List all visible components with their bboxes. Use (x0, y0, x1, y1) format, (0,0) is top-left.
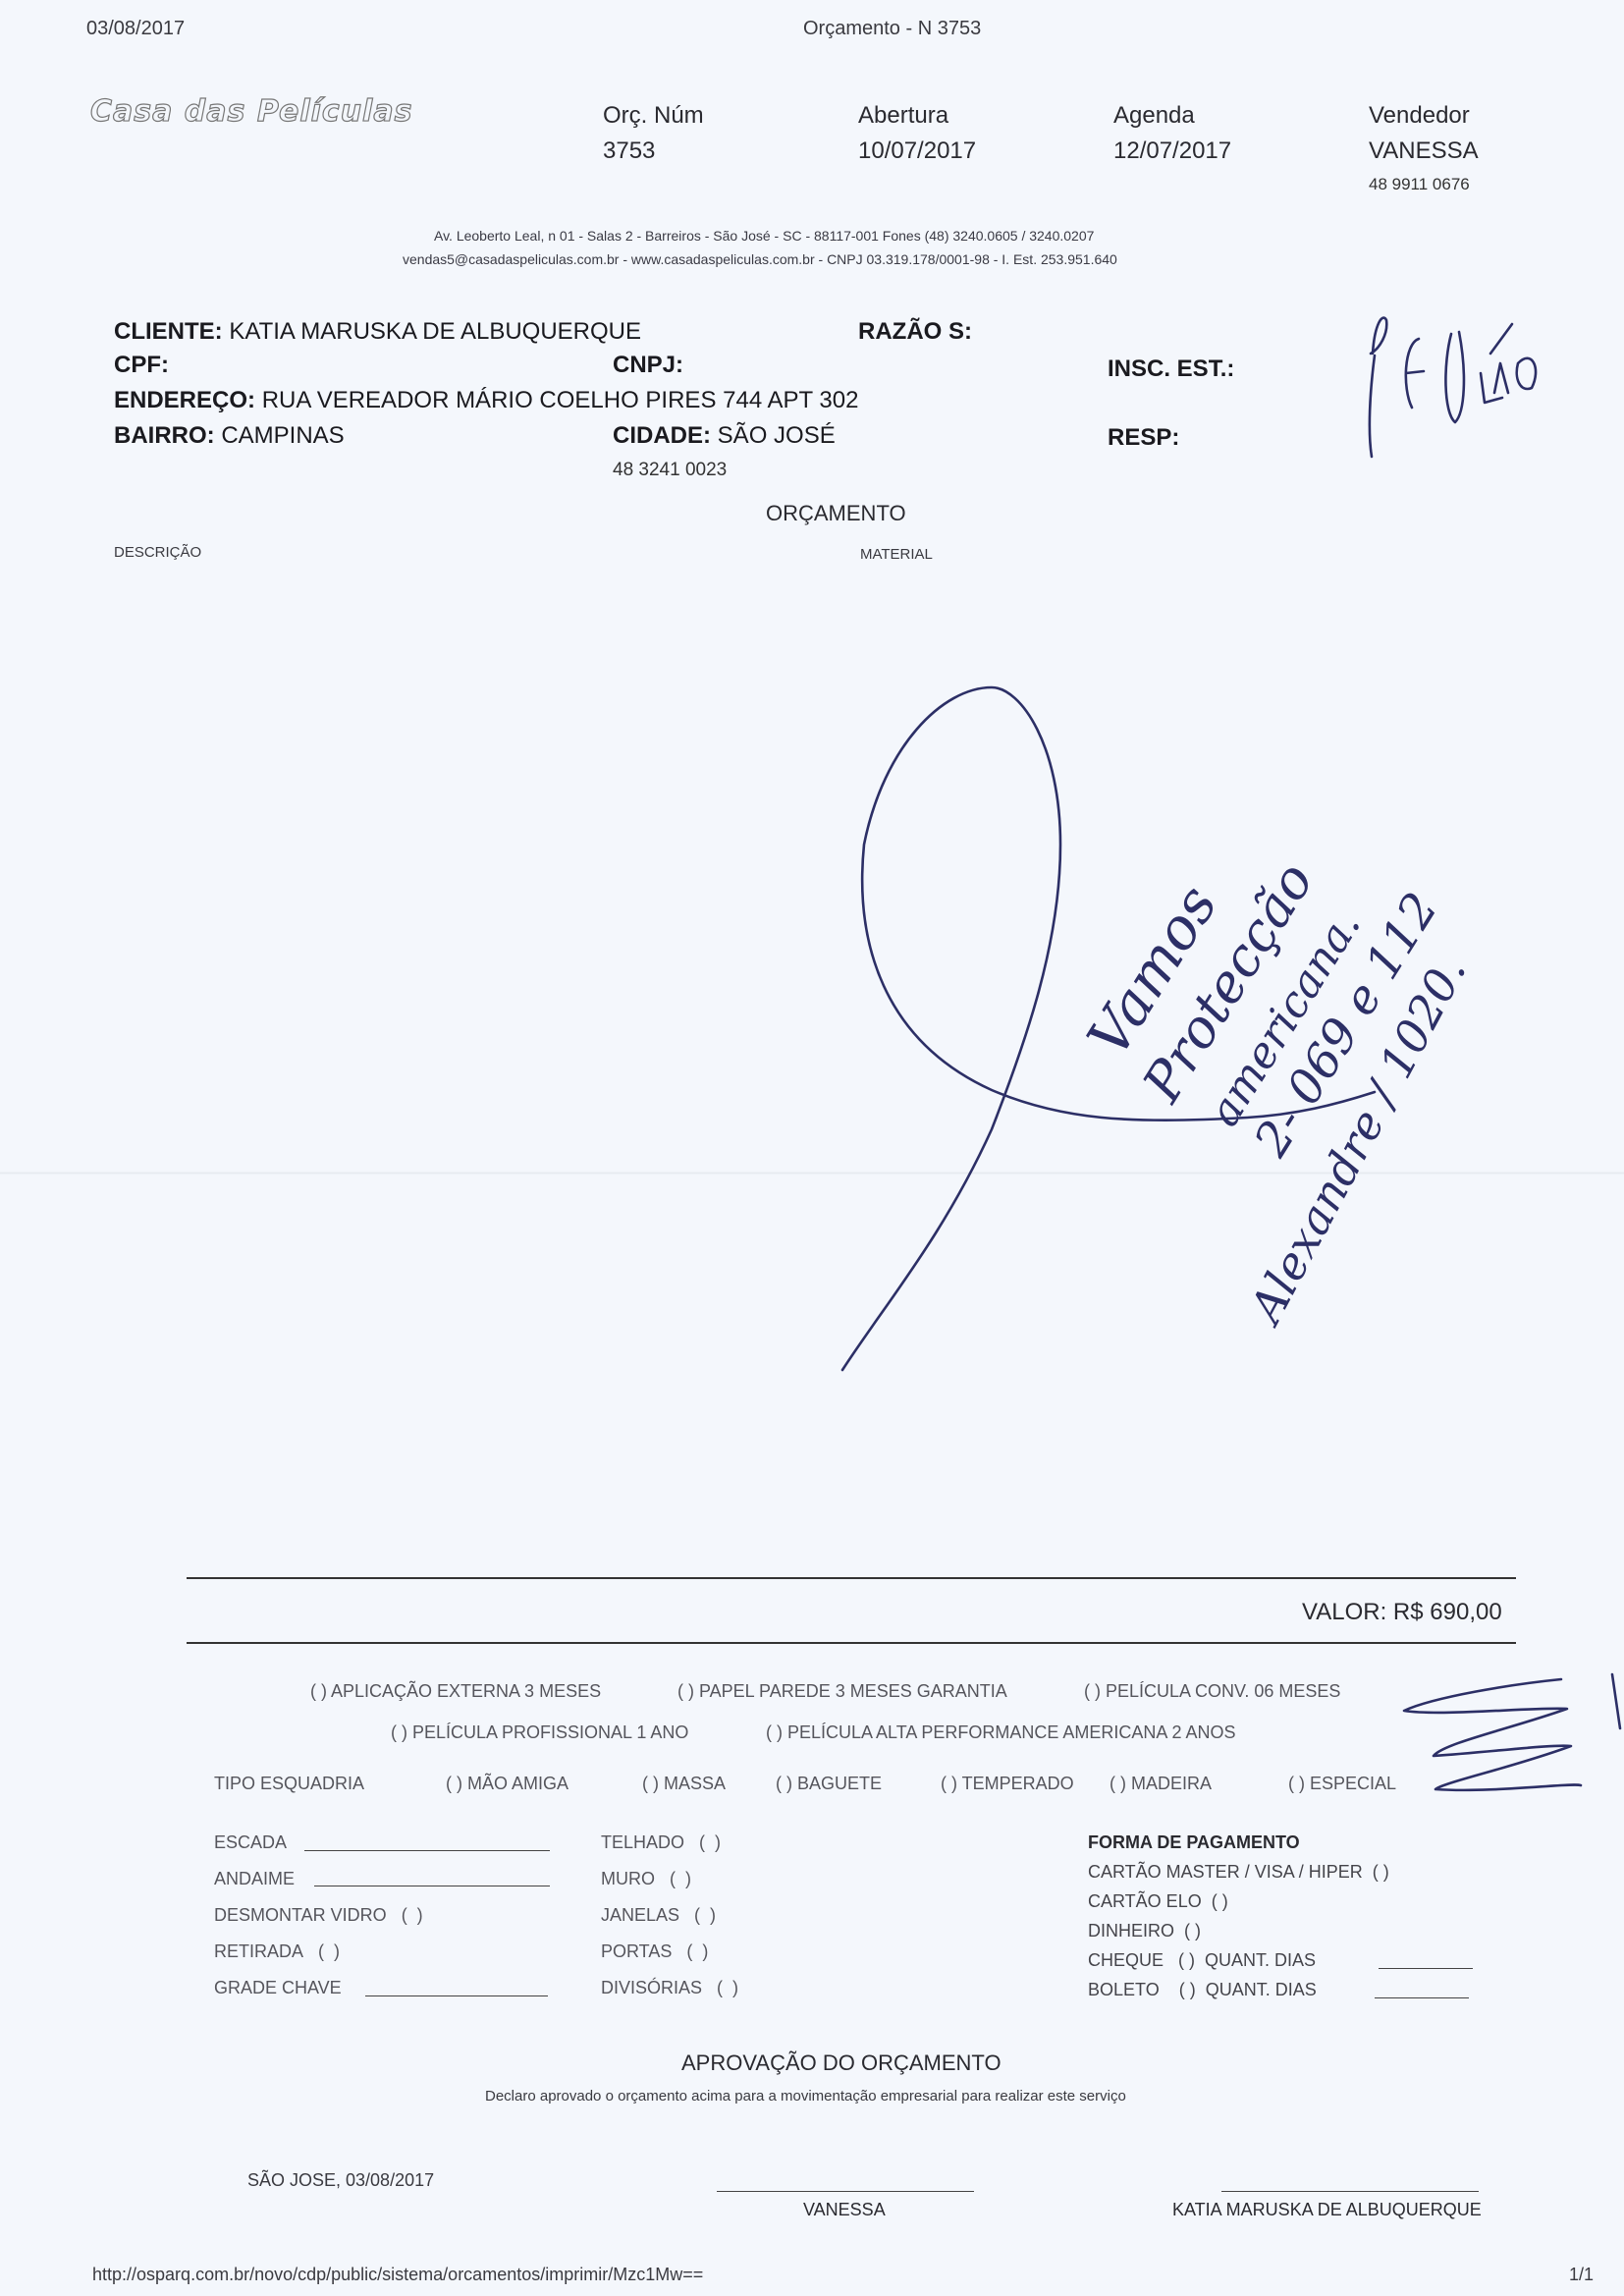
esquadria-label: TIPO ESQUADRIA (214, 1774, 364, 1794)
esquadria-madeira[interactable]: ( ) MADEIRA (1110, 1774, 1212, 1794)
cpf-label: CPF: (114, 352, 169, 379)
approval-place-date: SÃO JOSE, 03/08/2017 (247, 2170, 434, 2191)
svg-text:Alexandre / 1020.: Alexandre / 1020. (1237, 948, 1477, 1335)
esquadria-massa[interactable]: ( ) MASSA (642, 1774, 726, 1794)
company-contact: vendas5@casadaspeliculas.com.br - www.ca… (403, 251, 1117, 267)
total-value: R$ 690,00 (1393, 1599, 1502, 1625)
field-label-vendedor: Vendedor (1369, 102, 1470, 130)
payment-cheque[interactable]: CHEQUE ( ) QUANT. DIAS (1088, 1950, 1316, 1971)
footer-url[interactable]: http://osparq.com.br/novo/cdp/public/sis… (92, 2265, 703, 2285)
total-row: VALOR: R$ 690,00 (1302, 1599, 1502, 1626)
payment-cartao-master[interactable]: CARTÃO MASTER / VISA / HIPER ( ) (1088, 1862, 1389, 1883)
field-label-abertura: Abertura (858, 102, 948, 130)
divider-bottom (187, 1642, 1516, 1644)
extra-retirada[interactable]: RETIRADA ( ) (214, 1941, 340, 1962)
approval-title: APROVAÇÃO DO ORÇAMENTO (681, 2050, 1001, 2076)
option-pelicula-alta-performance[interactable]: ( ) PELÍCULA ALTA PERFORMANCE AMERICANA … (766, 1722, 1235, 1743)
revisao-handwriting (1370, 318, 1536, 457)
payment-cartao-elo[interactable]: CARTÃO ELO ( ) (1088, 1891, 1228, 1912)
endereco-row: ENDEREÇO: RUA VEREADOR MÁRIO COELHO PIRE… (114, 387, 858, 414)
option-papel-parede[interactable]: ( ) PAPEL PAREDE 3 MESES GARANTIA (677, 1681, 1007, 1702)
boleto-days-line[interactable] (1375, 1997, 1469, 1998)
svg-text:americana.: americana. (1199, 902, 1371, 1135)
cidade-value: SÃO JOSÉ (718, 422, 836, 449)
vendedor-phone: 48 9911 0676 (1369, 175, 1470, 194)
field-label-agenda: Agenda (1113, 102, 1195, 130)
divider-top (187, 1577, 1516, 1579)
col-material: MATERIAL (860, 546, 933, 563)
client-phone: 48 3241 0023 (613, 460, 727, 481)
client-signature-line[interactable] (1221, 2191, 1479, 2192)
seller-name: VANESSA (803, 2200, 886, 2220)
cidade-row: CIDADE: SÃO JOSÉ (613, 422, 836, 450)
esquadria-especial[interactable]: ( ) ESPECIAL (1288, 1774, 1396, 1794)
esquadria-mao-amiga[interactable]: ( ) MÃO AMIGA (446, 1774, 568, 1794)
option-pelicula-profissional[interactable]: ( ) PELÍCULA PROFISSIONAL 1 ANO (391, 1722, 688, 1743)
svg-text:2- 069 e 112: 2- 069 e 112 (1243, 883, 1448, 1166)
grade-chave-line[interactable] (365, 1995, 548, 1996)
cliente-label: CLIENTE: (114, 318, 223, 345)
seller-signature-line[interactable] (717, 2191, 974, 2192)
svg-text:Protecção: Protecção (1130, 851, 1326, 1113)
svg-text:Vamos: Vamos (1074, 874, 1230, 1068)
page-number: 1/1 (1569, 2265, 1594, 2285)
paper-fold (0, 1172, 1624, 1175)
esquadria-temperado[interactable]: ( ) TEMPERADO (941, 1774, 1074, 1794)
extra-grade-chave[interactable]: GRADE CHAVE (214, 1978, 342, 1998)
orcamento-title: ORÇAMENTO (766, 501, 906, 526)
field-value-orc-num: 3753 (603, 137, 655, 165)
company-address: Av. Leoberto Leal, n 01 - Salas 2 - Barr… (434, 228, 1094, 244)
insc-est-label: INSC. EST.: (1108, 355, 1234, 383)
field-value-abertura: 10/07/2017 (858, 137, 976, 165)
extra-divisorias[interactable]: DIVISÓRIAS ( ) (601, 1978, 738, 1998)
option-pelicula-conv[interactable]: ( ) PELÍCULA CONV. 06 MESES (1084, 1681, 1340, 1702)
extra-muro[interactable]: MURO ( ) (601, 1869, 691, 1889)
cnpj-label: CNPJ: (613, 352, 683, 379)
resp-label: RESP: (1108, 424, 1179, 452)
extra-desmontar-vidro[interactable]: DESMONTAR VIDRO ( ) (214, 1905, 423, 1926)
company-logo: Casa das Películas (90, 94, 412, 129)
client-signer-name: KATIA MARUSKA DE ALBUQUERQUE (1172, 2200, 1482, 2220)
total-label: VALOR: (1302, 1599, 1386, 1625)
extra-portas[interactable]: PORTAS ( ) (601, 1941, 708, 1962)
extra-andaime[interactable]: ANDAIME (214, 1869, 295, 1889)
approval-statement: Declaro aprovado o orçamento acima para … (485, 2088, 1126, 2105)
extra-janelas[interactable]: JANELAS ( ) (601, 1905, 716, 1926)
cliente-value: KATIA MARUSKA DE ALBUQUERQUE (229, 318, 641, 345)
field-label-orc-num: Orç. Núm (603, 102, 704, 130)
payment-dinheiro[interactable]: DINHEIRO ( ) (1088, 1921, 1201, 1941)
field-value-agenda: 12/07/2017 (1113, 137, 1231, 165)
andaime-line[interactable] (314, 1886, 550, 1886)
endereco-value: RUA VEREADOR MÁRIO COELHO PIRES 744 APT … (262, 387, 859, 413)
payment-title: FORMA DE PAGAMENTO (1088, 1832, 1300, 1853)
razao-label: RAZÃO S: (858, 318, 972, 346)
field-value-vendedor: VANESSA (1369, 137, 1479, 165)
extra-escada[interactable]: ESCADA (214, 1832, 287, 1853)
print-title: Orçamento - N 3753 (803, 18, 981, 40)
bairro-row: BAIRRO: CAMPINAS (114, 422, 345, 450)
bairro-value: CAMPINAS (221, 422, 344, 449)
scribble-mark (1404, 1679, 1581, 1790)
extra-telhado[interactable]: TELHADO ( ) (601, 1832, 721, 1853)
client-name-row: CLIENTE: KATIA MARUSKA DE ALBUQUERQUE (114, 318, 641, 346)
esquadria-baguete[interactable]: ( ) BAGUETE (776, 1774, 882, 1794)
option-aplicacao-externa[interactable]: ( ) APLICAÇÃO EXTERNA 3 MESES (310, 1681, 601, 1702)
signature-loop (842, 687, 1375, 1370)
print-date: 03/08/2017 (86, 18, 185, 40)
cheque-days-line[interactable] (1379, 1968, 1473, 1969)
escada-line[interactable] (304, 1850, 550, 1851)
col-descricao: DESCRIÇÃO (114, 544, 201, 561)
payment-boleto[interactable]: BOLETO ( ) QUANT. DIAS (1088, 1980, 1317, 2000)
